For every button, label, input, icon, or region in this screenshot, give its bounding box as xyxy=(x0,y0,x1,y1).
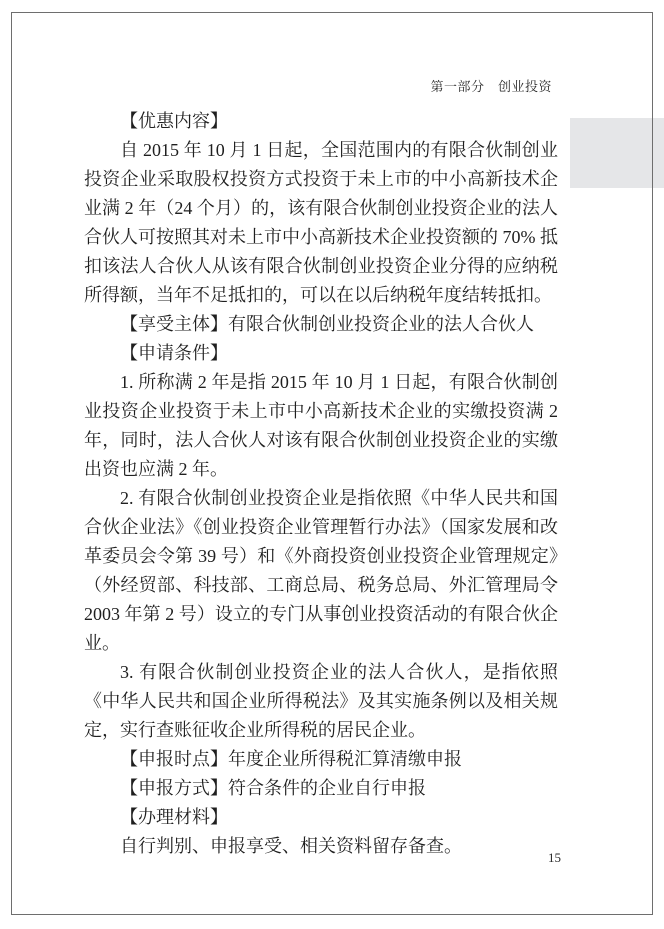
paragraph-benefit-description: 自 2015 年 10 月 1 日起，全国范围内的有限合伙制创业投资企业采取股权… xyxy=(84,136,558,310)
bracket-heading-filing-method: 【申报方式】符合条件的企业自行申报 xyxy=(84,774,558,803)
page-number: 15 xyxy=(548,850,561,866)
bracket-heading-application-conditions: 【申请条件】 xyxy=(84,339,558,368)
bracket-heading-filing-time: 【申报时点】年度企业所得税汇算清缴申报 xyxy=(84,745,558,774)
numbered-item-2: 2. 有限合伙制创业投资企业是指依照《中华人民共和国合伙企业法》《创业投资企业管… xyxy=(84,484,558,658)
numbered-item-1: 1. 所称满 2 年是指 2015 年 10 月 1 日起，有限合伙制创业投资企… xyxy=(84,368,558,484)
bracket-heading-benefit-content: 【优惠内容】 xyxy=(84,107,558,136)
running-head-section-title: 第一部分 创业投资 xyxy=(430,76,552,95)
bracket-heading-eligible-entity: 【享受主体】有限合伙制创业投资企业的法人合伙人 xyxy=(84,310,558,339)
page-body-text: 【优惠内容】 自 2015 年 10 月 1 日起，全国范围内的有限合伙制创业投… xyxy=(84,107,558,861)
document-page: 第一部分 创业投资 【优惠内容】 自 2015 年 10 月 1 日起，全国范围… xyxy=(0,0,664,929)
chapter-thumb-tab xyxy=(570,118,664,188)
bracket-heading-required-materials: 【办理材料】 xyxy=(84,803,558,832)
numbered-item-3: 3. 有限合伙制创业投资企业的法人合伙人，是指依照《中华人民共和国企业所得税法》… xyxy=(84,658,558,745)
paragraph-materials-description: 自行判别、申报享受、相关资料留存备查。 xyxy=(84,832,558,861)
